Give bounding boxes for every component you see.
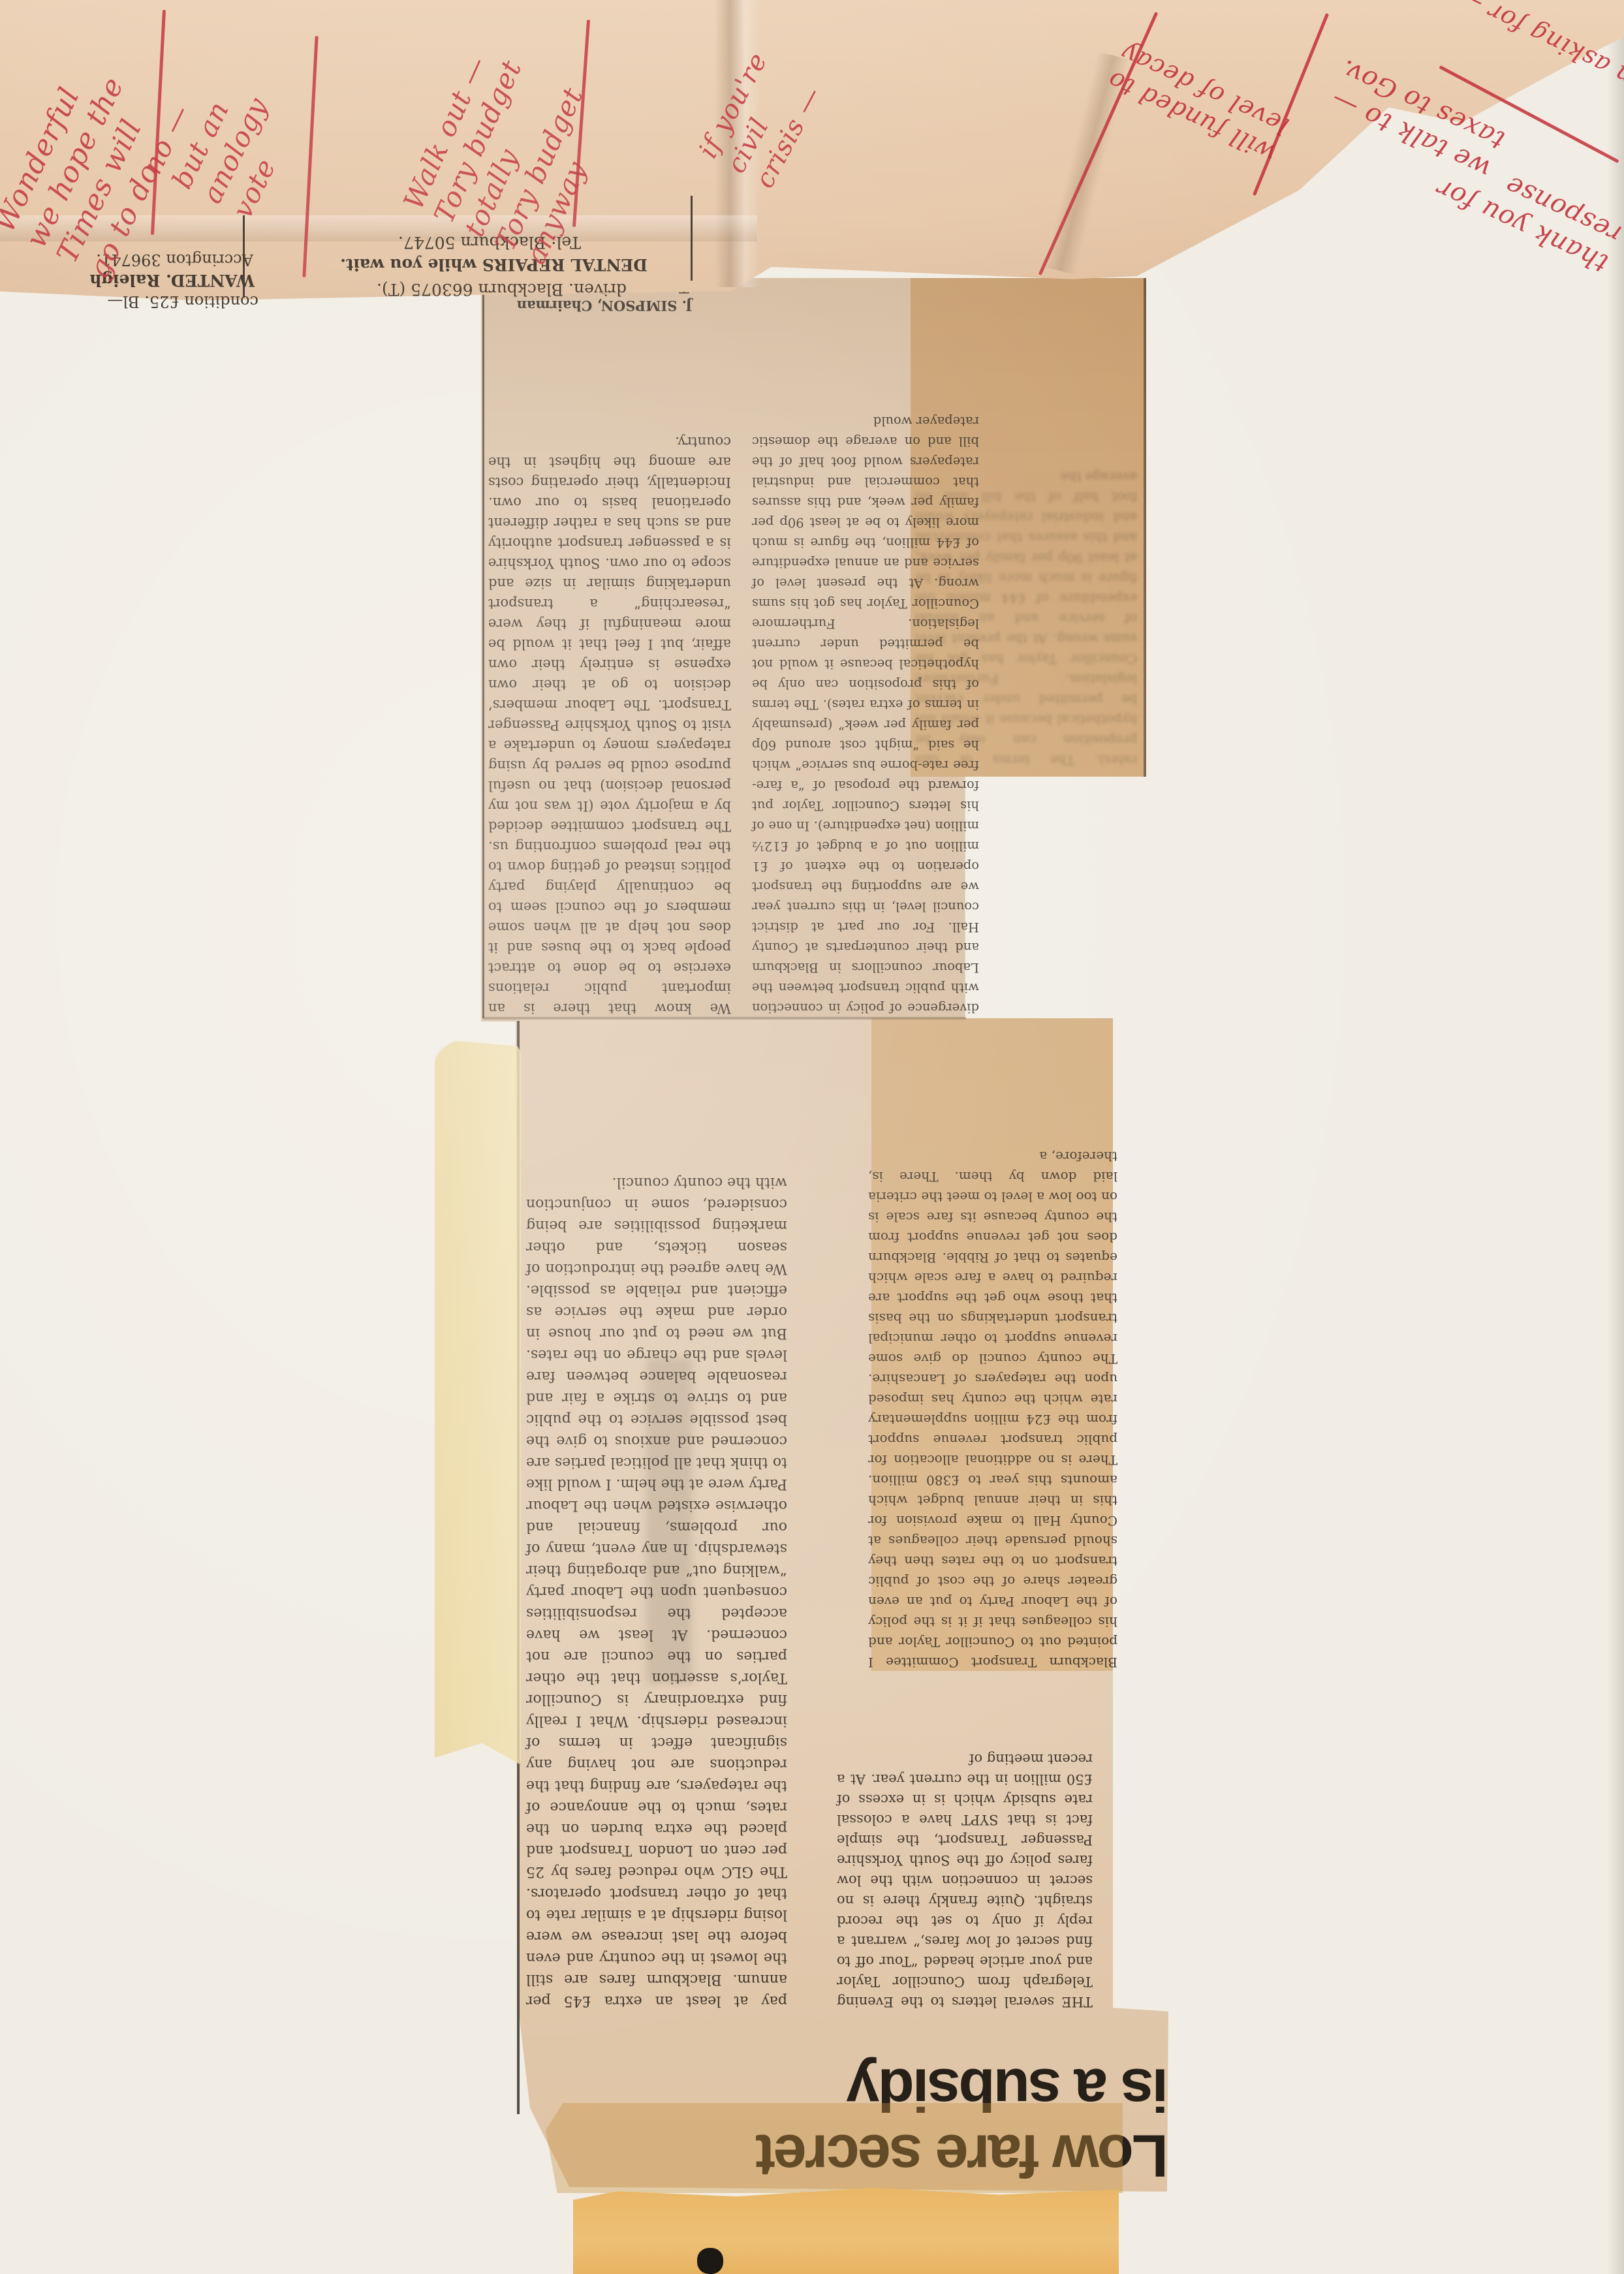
article-column-5: We know that there is an important publi… bbox=[488, 431, 731, 1018]
article-column-2: Blackburn Transport Committee I pointed … bbox=[868, 1146, 1117, 1672]
article-column-1: THE several letters to the Evening Teleg… bbox=[837, 1749, 1093, 2012]
scanned-page: Low fare secret is a subsidy THE several… bbox=[0, 0, 1624, 2274]
ink-blot bbox=[697, 2248, 723, 2274]
classified-ad-condition: condition £25. Bl— bbox=[76, 292, 258, 311]
classified-ad-driven: driven. Blackburn 663075 (T). bbox=[261, 280, 627, 299]
classified-ad-dental: DENTAL REPAIRS while you wait. bbox=[256, 255, 648, 274]
classified-column-rule-2 bbox=[691, 196, 693, 281]
column-rule-upper bbox=[482, 281, 484, 1018]
tape-piece-left bbox=[435, 1039, 521, 1765]
article-column-3: divergence of policy in connection with … bbox=[752, 411, 979, 1018]
article-column-4: pay at least an extra £45 per annum. Bla… bbox=[526, 1172, 787, 2012]
article-headline: Low fare secret is a subsidy bbox=[559, 2056, 1168, 2188]
column-rule-lower bbox=[517, 1021, 520, 2114]
tape-piece-bottom bbox=[573, 2188, 1119, 2274]
